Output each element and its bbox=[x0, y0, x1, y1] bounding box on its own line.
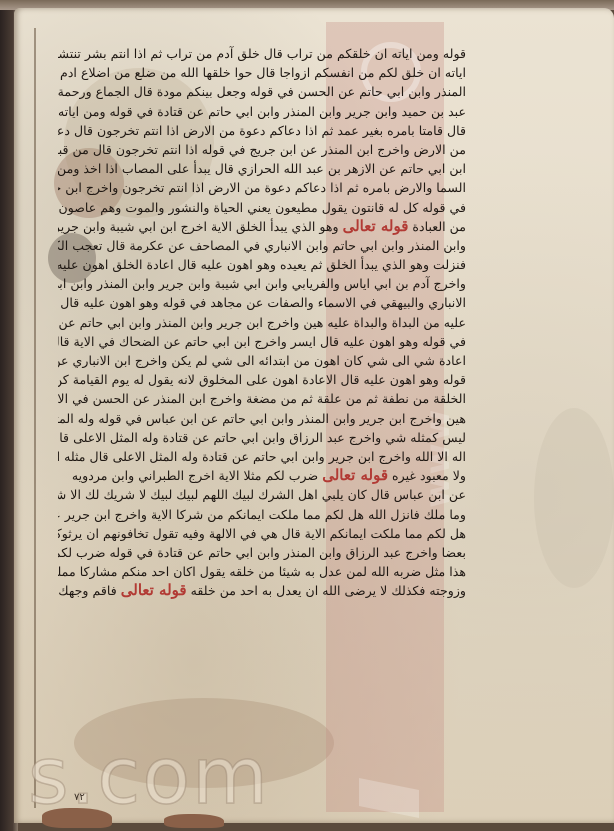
manuscript-text-block: قوله ومن اياته ان خلقكم من تراب قال خلق … bbox=[58, 44, 466, 600]
text-line: اعادة شي الى شي كان اهون من ابتدائه الى … bbox=[58, 351, 466, 370]
text-line: عن ابن عباس قال كان يلبي اهل الشرك لبيك … bbox=[58, 485, 466, 504]
folio-number: ٧٢ bbox=[74, 792, 85, 803]
text-line: هين واخرج ابن جرير وابن المنذر وابن ابي … bbox=[58, 409, 466, 428]
text-line: في قوله كل له قانتون يقول مطيعون يعني ال… bbox=[58, 198, 466, 217]
text-line: هل لكم مما ملكت ايمانكم الاية قال هي في … bbox=[58, 524, 466, 543]
text-line: الخلقة من نطفة ثم من علقة ثم من مضغة واخ… bbox=[58, 389, 466, 408]
text-line: فنزلت وهو الذي يبدأ الخلق ثم يعيده وهو ا… bbox=[58, 255, 466, 274]
text-line: السما والارض بامره ثم اذا دعاكم دعوة من … bbox=[58, 178, 466, 197]
text-line: المنذر وابن ابي حاتم عن الحسن في قوله وج… bbox=[58, 82, 466, 101]
text-line: في قوله وهو اهون عليه قال ايسر واخرج ابن… bbox=[58, 332, 466, 351]
text-line: عبد بن حميد وابن جرير وابن المنذر وابن ا… bbox=[58, 102, 466, 121]
water-stain bbox=[534, 408, 614, 588]
rubric-heading: قوله تعالى bbox=[343, 217, 409, 235]
text-line: وزوجته فكذلك لا يرضى الله ان يعدل به احد… bbox=[58, 581, 466, 600]
text-line: واخرج آدم بن ابي اياس والفريابي وابن ابي… bbox=[58, 274, 466, 293]
text-line: الانباري والبيهقي في الاسماء والصفات عن … bbox=[58, 293, 466, 312]
text-line: اله الا الله واخرج ابن جرير وابن ابي حات… bbox=[58, 447, 466, 466]
page-fold-line bbox=[34, 28, 36, 808]
page-damage bbox=[42, 808, 112, 828]
text-line: من الارض واخرج ابن المنذر عن ابن جريج في… bbox=[58, 140, 466, 159]
page-damage bbox=[164, 814, 224, 828]
text-line: ليس كمثله شي واخرج عبد الرزاق وابن ابي ح… bbox=[58, 428, 466, 447]
rubric-heading: قوله تعالى bbox=[121, 581, 187, 599]
text-line: بعضا واخرج عبد الرزاق وابن المنذر وابن ا… bbox=[58, 543, 466, 562]
text-line: ابن ابي حاتم عن الازهر بن عبد الله الحرا… bbox=[58, 159, 466, 178]
text-line: قال قامتا بامره بغير عمد ثم اذا دعاكم دع… bbox=[58, 121, 466, 140]
text-line: عليه من البداة والبداة عليه هين واخرج اب… bbox=[58, 313, 466, 332]
text-line: قوله ومن اياته ان خلقكم من تراب قال خلق … bbox=[58, 44, 466, 63]
text-line: وما ملك فانزل الله هل لكم مما ملكت ايمان… bbox=[58, 505, 466, 524]
text-line: اياته ان خلق لكم من انفسكم ازواجا قال حو… bbox=[58, 63, 466, 82]
rubric-heading: قوله تعالى bbox=[322, 466, 388, 484]
manuscript-page: www قوله ومن اياته ان خلقكم من تراب قال … bbox=[14, 8, 614, 823]
text-line: هذا مثل ضربه الله لمن عدل به شيئا من خلق… bbox=[58, 562, 466, 581]
text-line: قوله وهو اهون عليه قال الاعادة اهون على … bbox=[58, 370, 466, 389]
text-line: وابن المنذر وابن ابي حاتم وابن الانباري … bbox=[58, 236, 466, 255]
watermark-domain-text: s.com bbox=[28, 738, 270, 816]
text-line: ولا معبود غيره قوله تعالى ضرب لكم مثلا ا… bbox=[58, 466, 466, 485]
text-line: من العبادة قوله تعالى وهو الذي يبدأ الخل… bbox=[58, 217, 466, 236]
